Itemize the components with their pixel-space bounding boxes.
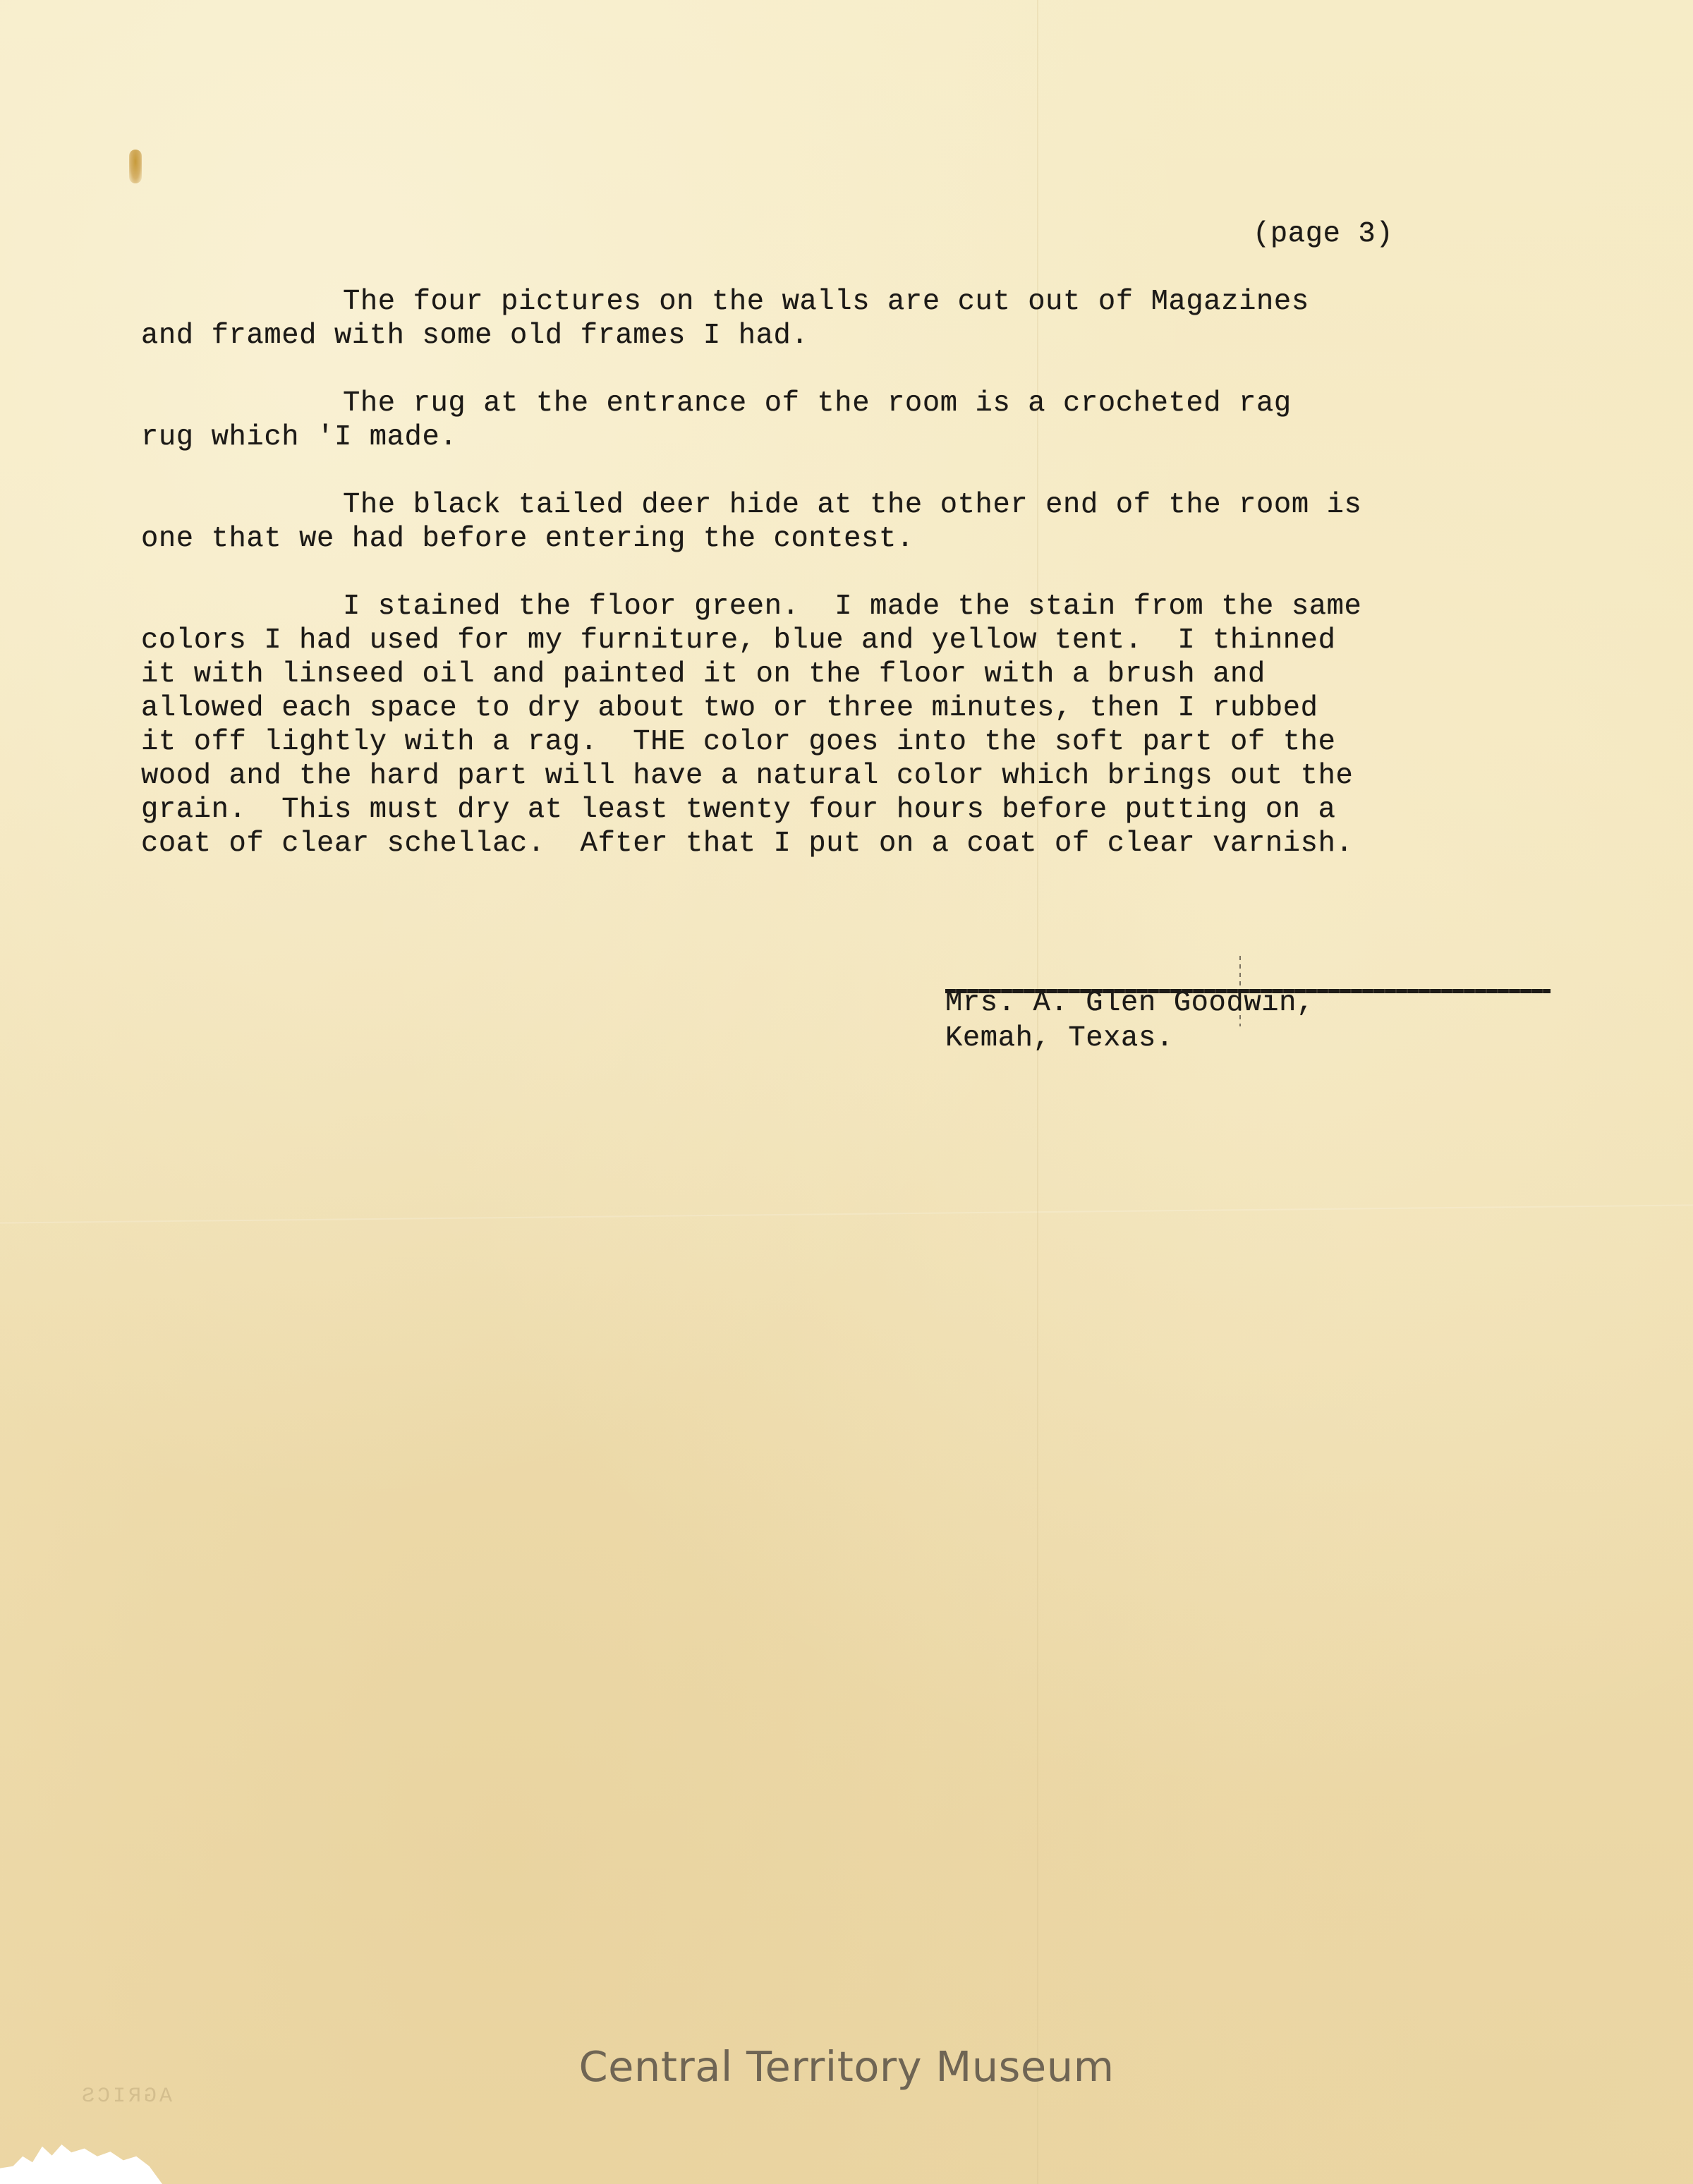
- paragraph-1-line-1: The four pictures on the walls are cut o…: [343, 285, 1309, 319]
- paragraph-4-line-1: I stained the floor green. I made the st…: [343, 590, 1361, 624]
- paragraph-2-line-1: The rug at the entrance of the room is a…: [343, 387, 1292, 420]
- signature-location: Kemah, Texas.: [945, 1021, 1174, 1055]
- page-number: (page 3): [1253, 217, 1393, 251]
- paragraph-2-line-2: rug which 'I made.: [141, 420, 457, 454]
- museum-watermark: Central Territory Museum: [0, 2042, 1693, 2091]
- paragraph-4-line-5: it off lightly with a rag. THE color goe…: [141, 725, 1335, 759]
- rust-stain: [129, 150, 142, 183]
- paragraph-4-line-2: colors I had used for my furniture, blue…: [141, 624, 1335, 657]
- paragraph-3-line-1: The black tailed deer hide at the other …: [343, 488, 1361, 522]
- paper-fold: [1037, 0, 1038, 2184]
- signature-name: Mrs. A. Glen Goodwin,: [945, 986, 1314, 1020]
- paragraph-4-line-3: it with linseed oil and painted it on th…: [141, 657, 1266, 691]
- paragraph-4-line-7: grain. This must dry at least twenty fou…: [141, 793, 1335, 827]
- paragraph-4-line-6: wood and the hard part will have a natur…: [141, 759, 1353, 793]
- paragraph-4-line-4: allowed each space to dry about two or t…: [141, 691, 1318, 725]
- paragraph-3-line-2: one that we had before entering the cont…: [141, 522, 914, 556]
- paragraph-1-line-2: and framed with some old frames I had.: [141, 319, 808, 353]
- paragraph-4-line-8: coat of clear schellac. After that I put…: [141, 827, 1353, 861]
